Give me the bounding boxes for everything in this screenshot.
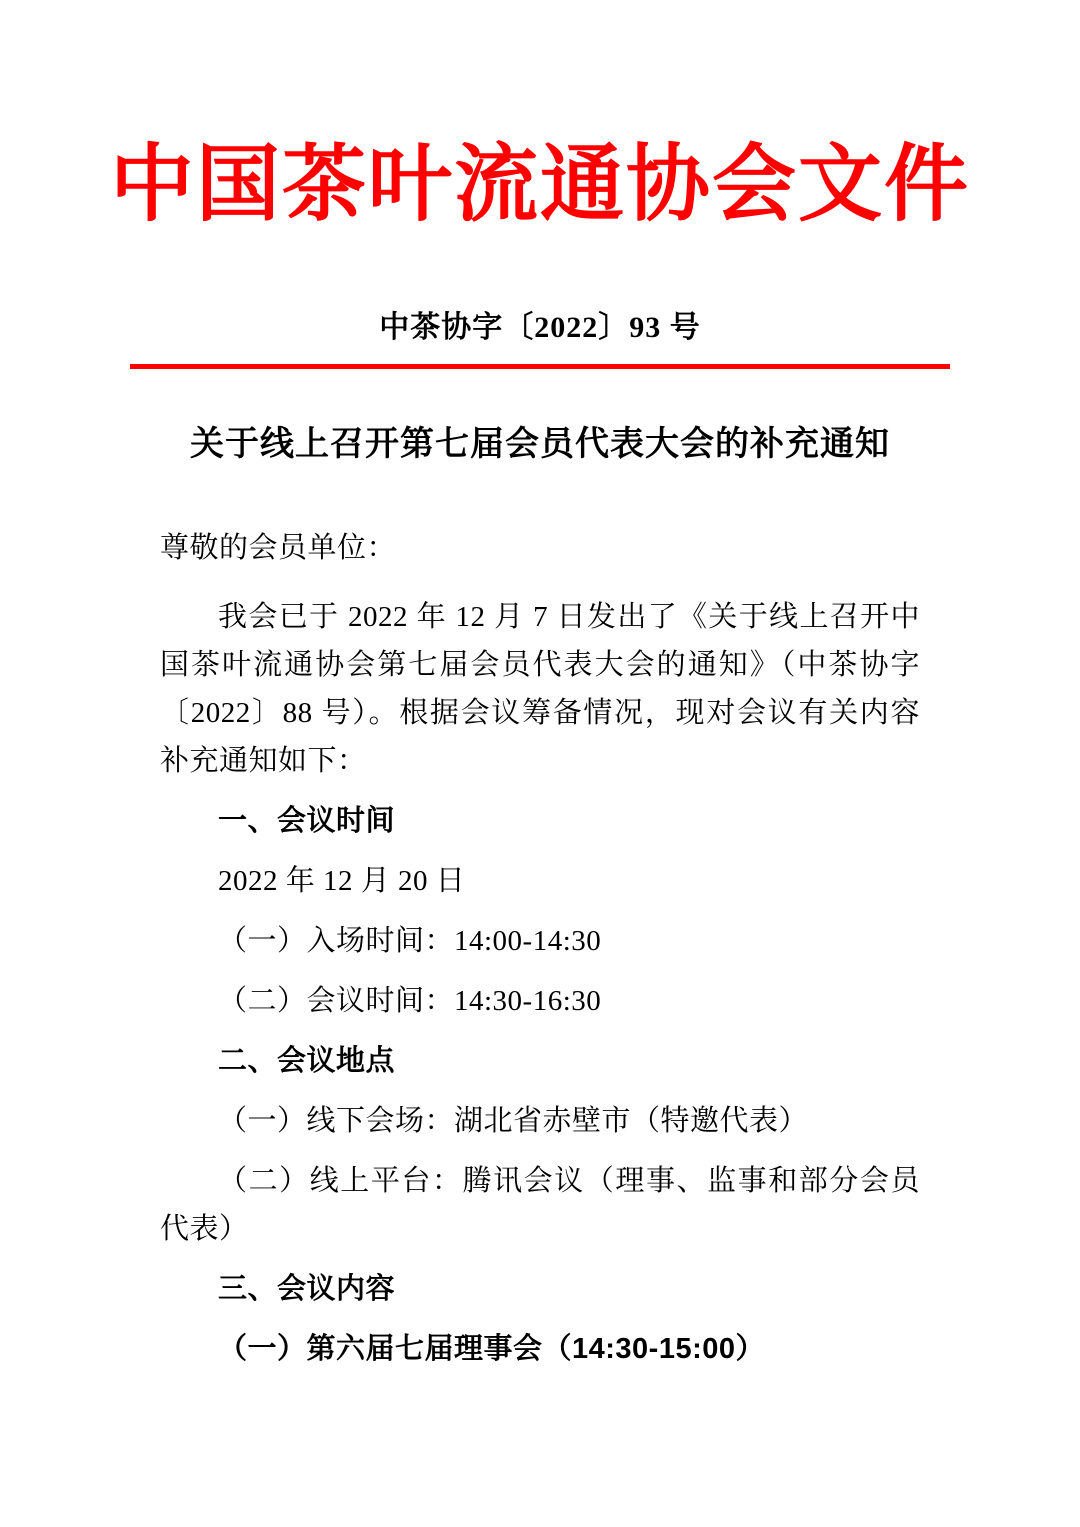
section-2-item-offline-venue: （一）线下会场：湖北省赤壁市（特邀代表） (160, 1097, 920, 1145)
document-page: 中国茶叶流通协会文件 中茶协字〔2022〕93 号 关于线上召开第七届会员代表大… (0, 0, 1080, 1527)
doc-reference-number: 中茶协字〔2022〕93 号 (0, 308, 1080, 348)
salutation: 尊敬的会员单位： (160, 524, 920, 572)
section-heading-2: 二、会议地点 (160, 1037, 920, 1085)
document-body: 尊敬的会员单位： 我会已于 2022 年 12 月 7 日发出了《关于线上召开中… (160, 524, 920, 1373)
section-1-item-meeting-time: （二）会议时间：14:30-16:30 (160, 977, 920, 1025)
section-heading-1: 一、会议时间 (160, 797, 920, 845)
section-heading-3: 三、会议内容 (160, 1265, 920, 1313)
section-3-item-council-meeting: （一）第六届七届理事会（14:30-15:00） (160, 1325, 920, 1373)
section-1-item-entry-time: （一）入场时间：14:00-14:30 (160, 917, 920, 965)
document-title: 关于线上召开第七届会员代表大会的补充通知 (0, 421, 1080, 467)
intro-paragraph: 我会已于 2022 年 12 月 7 日发出了《关于线上召开中国茶叶流通协会第七… (160, 593, 920, 785)
org-letterhead-title: 中国茶叶流通协会文件 (0, 142, 1080, 230)
red-divider-rule (130, 364, 950, 369)
section-2-item-online-platform: （二）线上平台：腾讯会议（理事、监事和部分会员代表） (160, 1157, 920, 1253)
section-1-item-date: 2022 年 12 月 20 日 (160, 857, 920, 905)
